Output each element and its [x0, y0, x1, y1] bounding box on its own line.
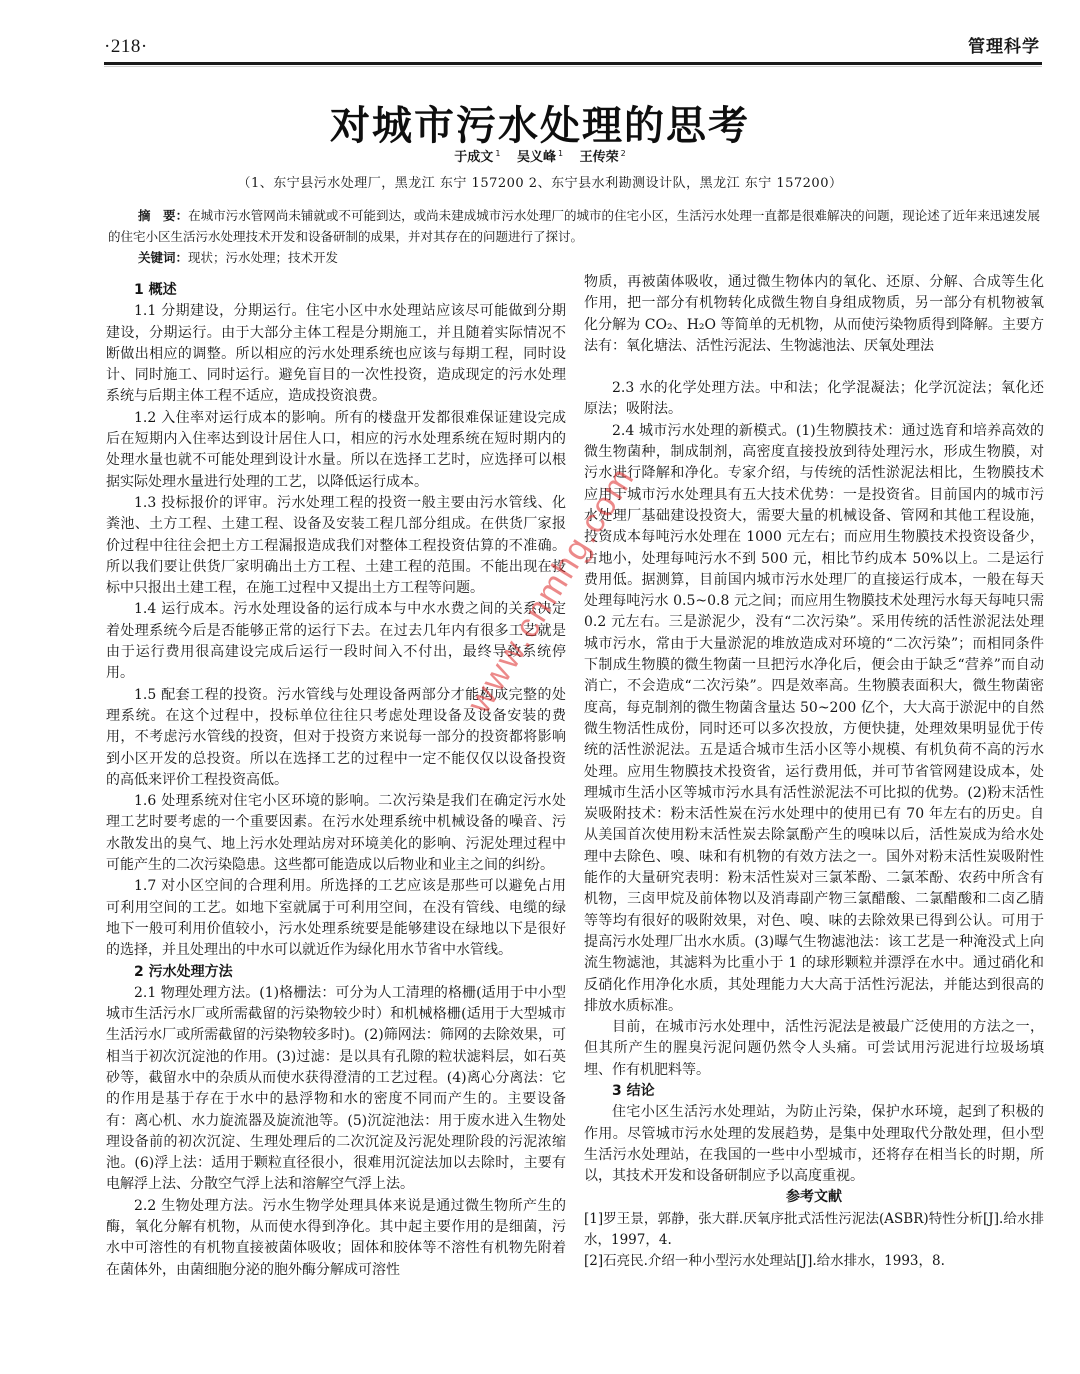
right-column: 物质，再被菌体吸收，通过微生物体内的氧化、还原、分解、合成等生化作用，把一部分有… [584, 272, 1044, 1273]
section-heading: 1 概述 [106, 280, 566, 301]
author: 吴义峰1 [517, 150, 563, 165]
author-list: 于成文1 吴义峰1 王传荣2 [0, 146, 1080, 165]
paragraph: 物质，再被菌体吸收，通过微生物体内的氧化、还原、分解、合成等生化作用，把一部分有… [584, 272, 1044, 357]
page-header: ·218· 管理科学 [104, 30, 1040, 66]
reference-item: [1]罗王景，郭静，张大群.厌氧序批式活性污泥法(ASBR)特性分析[J].给水… [584, 1209, 1044, 1252]
section-heading: 2 污水处理方法 [106, 962, 566, 983]
abstract: 摘 要：在城市污水管网尚未铺就或不可能到达，或尚未建成城市污水处理厂的城市的住宅… [108, 205, 1040, 247]
references-heading: 参考文献 [584, 1187, 1044, 1208]
paragraph: 2.2 生物处理方法。污水生物学处理具体来说是通过微生物所产生的酶，氧化分解有机… [106, 1196, 566, 1281]
author: 王传荣2 [580, 150, 626, 165]
section-heading: 3 结论 [584, 1081, 1044, 1102]
paragraph: 2.4 城市污水处理的新模式。(1)生物膜技术：通过选育和培养高效的微生物菌种，… [584, 421, 1044, 1017]
paragraph: 1.3 投标报价的评审。污水处理工程的投资一般主要由污水管线、化粪池、土方工程、… [106, 493, 566, 599]
paragraph: 2.1 物理处理方法。(1)格栅法：可分为人工清理的格栅(适用于中小型城市生活污… [106, 983, 566, 1196]
abstract-label: 摘 要： [138, 208, 188, 223]
keywords: 关键词：现状；污水处理；技术开发 [138, 247, 338, 268]
article-title: 对城市污水处理的思考 [0, 94, 1080, 151]
keywords-label: 关键词： [138, 250, 188, 265]
paragraph: 1.2 入住率对运行成本的影响。所有的楼盘开发都很难保证建设完成后在短期内入住率… [106, 408, 566, 493]
paragraph: 目前，在城市污水处理中，活性污泥法是被最广泛使用的方法之一，但其所产生的腥臭污泥… [584, 1017, 1044, 1081]
reference-item: [2]石亮民.介绍一种小型污水处理站[J].给水排水，1993，8. [584, 1251, 1044, 1272]
paragraph: 2.3 水的化学处理方法。中和法；化学混凝法；化学沉淀法；氧化还原法；吸附法。 [584, 378, 1044, 421]
spacer [584, 357, 1044, 378]
page-number: ·218· [104, 36, 148, 58]
left-column: 1 概述 1.1 分期建设，分期运行。住宅小区中水处理站应该尽可能做到分期建设，… [106, 280, 566, 1281]
header-rule-thin [104, 66, 1042, 67]
paragraph: 1.7 对小区空间的合理利用。所选择的工艺应该是那些可以避免占用可利用空间的工艺… [106, 876, 566, 961]
header-rule [104, 62, 1042, 65]
keywords-text: 现状；污水处理；技术开发 [188, 250, 338, 265]
affiliation: （1、东宁县污水处理厂，黑龙江 东宁 157200 2、东宁县水利勘测设计队，黑… [0, 172, 1080, 191]
paragraph: 住宅小区生活污水处理站，为防止污染，保护水环境，起到了积极的作用。尽管城市污水处… [584, 1102, 1044, 1187]
paragraph: 1.4 运行成本。污水处理设备的运行成本与中水水费之间的关系决定着处理系统今后是… [106, 599, 566, 684]
abstract-text: 在城市污水管网尚未铺就或不可能到达，或尚未建成城市污水处理厂的城市的住宅小区，生… [108, 208, 1040, 244]
paragraph: 1.6 处理系统对住宅小区环境的影响。二次污染是我们在确定污水处理工艺时要考虑的… [106, 791, 566, 876]
paragraph: 1.1 分期建设，分期运行。住宅小区中水处理站应该尽可能做到分期建设，分期运行。… [106, 301, 566, 407]
journal-name: 管理科学 [968, 32, 1040, 57]
paragraph: 1.5 配套工程的投资。污水管线与处理设备两部分才能构成完整的处理系统。在这个过… [106, 685, 566, 791]
author: 于成文1 [454, 150, 500, 165]
